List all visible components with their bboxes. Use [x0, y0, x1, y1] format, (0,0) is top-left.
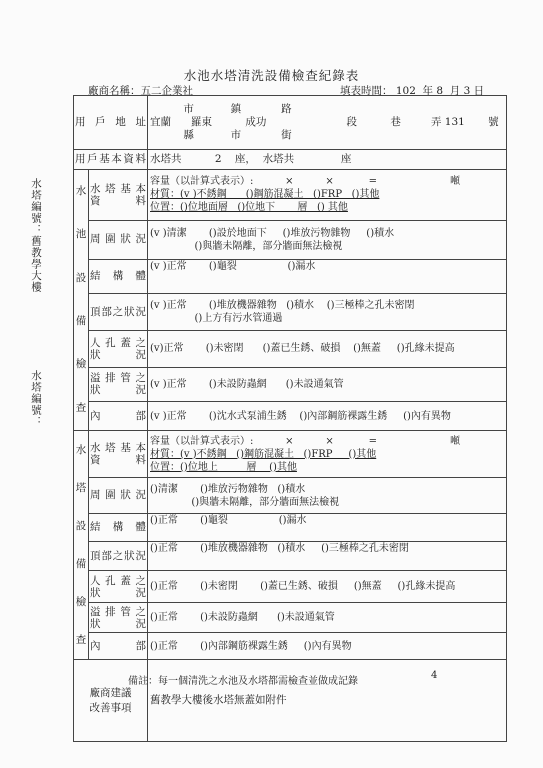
pool-basic-row: 水 池 設 備 檢 查 水 塔 基 本 資 料 容量（以計算式表示）: × × …: [74, 170, 507, 221]
label-top: 水 塔 基 本: [90, 442, 146, 454]
form-title: 水池水塔清洗設備檢查紀錄表: [0, 66, 543, 84]
pool-manhole-row: 人 孔 蓋 之 狀 況 (v)正常 ()未密閉 ()蓋已生銹、破損 ()無蓋 (…: [74, 330, 507, 367]
label-bottom: 狀 況: [90, 618, 146, 630]
tower-interior-row: 內 部 ()正常 ()內部鋼筋裸露生銹 ()內有異物: [74, 633, 507, 660]
location-line: 位置：()位地上 層 ()其他: [150, 461, 504, 474]
label-top: 溢 排 管 之: [90, 606, 146, 618]
option-line: (v )正常 ()堆放機器雜物 ()積水 ()三極棒之孔未密閉: [150, 299, 504, 312]
tower-basic-row: 水 塔 設 備 檢 查 水 塔 基 本 資 料 容量（以計算式表示）: × × …: [74, 431, 507, 478]
pool-structure-value: (v )正常 ()龜裂 ()漏水: [148, 259, 507, 293]
location-line: 位置：()位地面層 ()位地下 層 () 其他: [150, 201, 504, 214]
pool-interior-row: 內 部 (v )正常 ()沈水式泵浦生銹 ()內部鋼筋裸露生銹 ()內有異物: [74, 402, 507, 431]
tower-interior-label: 內 部: [89, 633, 148, 660]
address-line-3: 縣 市 街: [150, 129, 504, 142]
tower-overflow-label: 溢 排 管 之 狀 況: [89, 603, 148, 633]
address-label: 用 戶 地 址: [74, 96, 148, 150]
tower-interior-value: ()正常 ()內部鋼筋裸露生銹 ()內有異物: [148, 633, 507, 660]
category-char: 設: [76, 520, 87, 533]
footer-note: 備註：每一個清洗之水池及水塔都需檢查並做成記錄: [128, 672, 358, 687]
pool-top-value: (v )正常 ()堆放機器雜物 ()積水 ()三極棒之孔未密閉 ()上方有污水管…: [148, 294, 507, 331]
pool-top-label: 頂部之狀況: [89, 294, 148, 331]
label-top: 人 孔 蓋 之: [90, 575, 146, 587]
tower-manhole-row: 人 孔 蓋 之 狀 況 ()正常 ()未密閉 ()蓋已生銹、破損 ()無蓋 ()…: [74, 571, 507, 603]
label-top: 人 孔 蓋 之: [90, 337, 146, 349]
scanned-form-page: 水池水塔清洗設備檢查紀錄表 廠商名稱：五二企業社 填表時間： 102 年 8 月…: [0, 0, 543, 768]
pool-surroundings-row: 周 圍 狀 況 (v )清潔 ()設於地面下 ()堆放污物雜物 ()積水 ()與…: [74, 220, 507, 259]
capacity-line: 容量（以計算式表示）: × × = 噸: [150, 175, 504, 188]
category-char: 水: [76, 185, 87, 198]
inspection-form-table: 用 戶 地 址 市 鎮 路 宜蘭 羅東 成功 段 巷 弄 131 號 縣 市 街: [73, 95, 507, 742]
pool-manhole-label: 人 孔 蓋 之 狀 況: [89, 330, 148, 367]
option-line: ()與牆未隔離，部分牆面無法檢視: [150, 496, 504, 509]
category-char: 池: [76, 228, 87, 241]
label-bottom: 狀 況: [90, 349, 146, 361]
pool-interior-label: 內 部: [89, 402, 148, 431]
address-value: 市 鎮 路 宜蘭 羅東 成功 段 巷 弄 131 號 縣 市 街: [148, 96, 507, 150]
label-top: 溢 排 管 之: [90, 372, 146, 384]
suggestions-label-line: 改善事項: [76, 701, 145, 716]
label-bottom: 資 料: [90, 195, 146, 207]
material-line: 材質：(v )不銹鋼 ()鋼筋混凝土 ()FRP ()其他: [150, 188, 504, 201]
tower-overflow-value: ()正常 ()未設防蟲網 ()未設通氣管: [148, 603, 507, 633]
category-char: 備: [76, 315, 87, 328]
capacity-line: 容量（以計算式表示）: × × = 噸: [150, 435, 504, 448]
category-char: 備: [76, 558, 87, 571]
tower-structure-row: 結 構 體 ()正常 ()龜裂 ()漏水: [74, 514, 507, 542]
pool-structure-row: 結 構 體 (v )正常 ()龜裂 ()漏水: [74, 259, 507, 293]
side-note-tower-id-1: 水塔編號：舊教學大樓: [30, 178, 42, 293]
tower-manhole-label: 人 孔 蓋 之 狀 況: [89, 571, 148, 603]
tower-basic-value: 容量（以計算式表示）: × × = 噸材質：(v )不銹鋼 ()鋼筋混凝土 ()…: [148, 431, 507, 478]
tower-top-row: 頂部之狀況 ()正常 ()堆放機器雜物 ()積水 ()三極棒之孔未密閉: [74, 542, 507, 571]
pool-top-row: 頂部之狀況 (v )正常 ()堆放機器雜物 ()積水 ()三極棒之孔未密閉 ()…: [74, 294, 507, 331]
tower-top-value: ()正常 ()堆放機器雜物 ()積水 ()三極棒之孔未密閉: [148, 542, 507, 571]
pool-overflow-row: 溢 排 管 之 狀 況 (v )正常 ()未設防蟲網 ()未設通氣管: [74, 367, 507, 401]
tower-basic-label: 水 塔 基 本 資 料: [89, 431, 148, 478]
tower-overflow-row: 溢 排 管 之 狀 況 ()正常 ()未設防蟲網 ()未設通氣管: [74, 603, 507, 633]
pool-manhole-value: (v)正常 ()未密閉 ()蓋已生銹、破損 ()無蓋 ()孔緣未提高: [148, 330, 507, 367]
pool-surroundings-value: (v )清潔 ()設於地面下 ()堆放污物雜物 ()積水 ()與牆未隔離，部分牆…: [148, 220, 507, 259]
tower-surroundings-row: 周 圍 狀 況 ()清潔 ()堆放污物雜物 ()積水 ()與牆未隔離，部分牆面無…: [74, 478, 507, 514]
tower-structure-label: 結 構 體: [89, 514, 148, 542]
label-top: 水 塔 基 本: [90, 183, 146, 195]
pool-section-category: 水 池 設 備 檢 查: [74, 170, 89, 431]
pool-basic-value: 容量（以計算式表示）: × × = 噸材質：(v )不銹鋼 ()鋼筋混凝土 ()…: [148, 170, 507, 221]
option-line: (v )清潔 ()設於地面下 ()堆放污物雜物 ()積水: [150, 227, 504, 240]
material-line: 材質：(v )不銹鋼 ()鋼筋混凝土 ()FRP ()其他: [150, 448, 504, 461]
address-line-1: 市 鎮 路: [150, 103, 504, 116]
tower-top-label: 頂部之狀況: [89, 542, 148, 571]
tower-surroundings-label: 周 圍 狀 況: [89, 478, 148, 514]
basic-info-row: 用戶基本資料 水塔共 2 座， 水塔共 座: [74, 150, 507, 170]
suggestions-label-line: 廠商建議: [76, 686, 145, 701]
side-note-tower-id-2: 水塔編號：: [30, 370, 42, 428]
pool-overflow-label: 溢 排 管 之 狀 況: [89, 367, 148, 401]
category-char: 塔: [76, 482, 87, 495]
address-row: 用 戶 地 址 市 鎮 路 宜蘭 羅東 成功 段 巷 弄 131 號 縣 市 街: [74, 96, 507, 150]
pool-structure-label: 結 構 體: [89, 259, 148, 293]
pool-surroundings-label: 周 圍 狀 況: [89, 220, 148, 259]
category-char: 查: [76, 634, 87, 647]
label-bottom: 狀 況: [90, 587, 146, 599]
pool-interior-value: (v )正常 ()沈水式泵浦生銹 ()內部鋼筋裸露生銹 ()內有異物: [148, 402, 507, 431]
tower-surroundings-value: ()清潔 ()堆放污物雜物 ()積水 ()與牆未隔離，部分牆面無法檢視: [148, 478, 507, 514]
category-char: 檢: [76, 358, 87, 371]
basic-info-label: 用戶基本資料: [74, 150, 148, 170]
option-line: ()與牆未隔離，部分牆面無法檢視: [150, 240, 504, 253]
category-char: 設: [76, 272, 87, 285]
tower-manhole-value: ()正常 ()未密閉 ()蓋已生銹、破損 ()無蓋 ()孔緣未提高: [148, 571, 507, 603]
category-char: 水: [76, 444, 87, 457]
tower-section-category: 水 塔 設 備 檢 查: [74, 431, 89, 660]
tower-structure-value: ()正常 ()龜裂 ()漏水: [148, 514, 507, 542]
pool-basic-label: 水 塔 基 本 資 料: [89, 170, 148, 221]
page-number: 4: [431, 670, 437, 681]
category-char: 查: [76, 402, 87, 415]
label-bottom: 狀 況: [90, 384, 146, 396]
option-line: ()清潔 ()堆放污物雜物 ()積水: [150, 483, 504, 496]
pool-overflow-value: (v )正常 ()未設防蟲網 ()未設通氣管: [148, 367, 507, 401]
option-line: ()上方有污水管通過: [150, 312, 504, 325]
label-bottom: 資 料: [90, 454, 146, 466]
category-char: 檢: [76, 596, 87, 609]
address-line-2: 宜蘭 羅東 成功 段 巷 弄 131 號: [150, 116, 504, 129]
basic-info-value: 水塔共 2 座， 水塔共 座: [148, 150, 507, 170]
